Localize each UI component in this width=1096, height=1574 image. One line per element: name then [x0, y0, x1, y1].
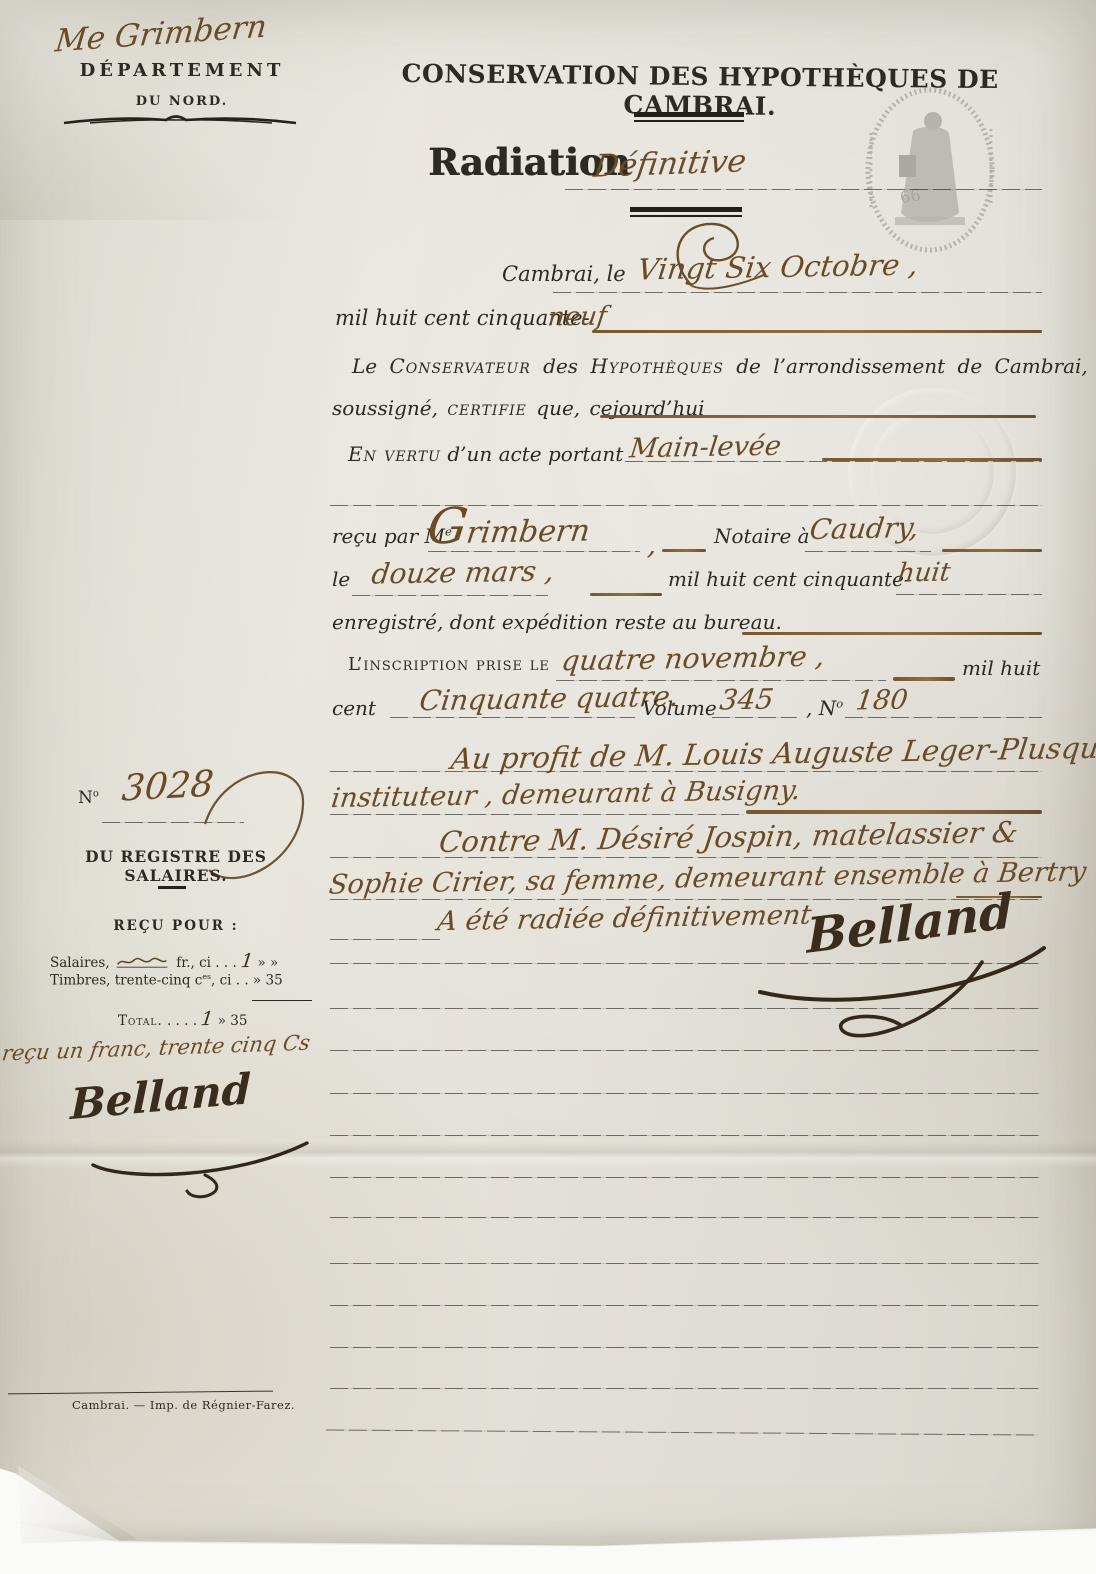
ruled-line	[330, 1217, 1040, 1218]
salaires-scribble-handwritten	[114, 955, 172, 970]
timbres-cents: 35	[265, 973, 282, 989]
total-rule	[252, 1000, 312, 1001]
inscription-label: L’inscription prise le	[348, 654, 550, 675]
notary-place-underline	[805, 551, 931, 552]
cejourdhui-ink-rule	[600, 415, 1036, 418]
notary-name-underline	[428, 551, 640, 552]
numero-n: , N	[806, 696, 836, 720]
registry-n: N	[78, 788, 93, 808]
departement-heading: DÉPARTEMENT	[60, 60, 304, 81]
act-year-underline	[896, 594, 1042, 595]
salaires-label: Salaires,	[50, 955, 110, 971]
registry-title: DU REGISTRE DES SALAIRES.	[36, 847, 316, 885]
salaires-unit: fr., ci	[176, 955, 211, 971]
form-double-rule	[630, 207, 742, 217]
act-year-handwritten: huit	[896, 558, 952, 589]
total-dots: . . . .	[167, 1013, 197, 1029]
certify-le: Le	[352, 354, 389, 378]
form-type-value-handwritten: Définitive	[592, 143, 749, 185]
radiation-rule	[330, 939, 440, 940]
timbres-dots: . .	[236, 973, 249, 989]
inscription-date-handwritten: quatre novembre ,	[560, 640, 827, 678]
act-date-ink	[590, 593, 662, 596]
profession-ink	[746, 810, 1042, 814]
yearline-ink-rule	[592, 330, 1042, 333]
fee-row-total: Total. . . . . 1 » 35	[118, 1008, 247, 1030]
numero-underline	[845, 717, 1042, 718]
act-date-underline	[352, 595, 548, 596]
certify-des: des	[531, 354, 591, 378]
fee-row-timbres: Timbres, trente-cinq ces, ci . . » 35	[50, 972, 283, 989]
ruled-line	[330, 1093, 1040, 1094]
contre-rule	[330, 857, 1042, 858]
numero-printed: , No	[806, 696, 843, 720]
registry-number-underline	[102, 822, 244, 823]
certify-paragraph-1: Le Conservateur des Hypothèques de l’arr…	[352, 354, 1088, 378]
act-year-printed: mil huit cent cinquante-	[668, 567, 911, 591]
enregistre-printed: enregistré, dont expédition reste au bur…	[332, 610, 782, 634]
notaire-a-printed: Notaire à	[714, 524, 810, 548]
printer-imprint: Cambrai. — Imp. de Régnier-Farez.	[72, 1398, 295, 1412]
dateline-printed: Cambrai, le	[502, 262, 626, 286]
dateline-handwritten: Vingt Six Octobre ,	[636, 248, 921, 287]
registry-number-value-handwritten: 3028	[120, 763, 215, 809]
total-label: Total.	[118, 1013, 163, 1029]
bureau-ink-rule	[742, 632, 1042, 635]
acte-value-handwritten: Main-levée	[628, 431, 783, 465]
certify-soussigne: soussigné,	[332, 396, 447, 420]
notary-place-ink	[942, 549, 1042, 552]
ruled-line	[330, 1008, 1040, 1009]
acte-ink-rule	[822, 458, 1042, 461]
certify-certifie: certifie	[447, 396, 527, 420]
radiation-statement-handwritten: A été radiée définitivement	[436, 900, 813, 938]
acte-portant: d’un acte portant	[441, 442, 623, 466]
ruled-line	[330, 1050, 1040, 1051]
volume-printed: Volume	[642, 696, 717, 720]
volume-underline	[712, 717, 797, 718]
timbres-label: Timbres, trente-cinq c	[50, 973, 202, 989]
le-printed: le	[332, 567, 350, 591]
total-cents: » 35	[218, 1013, 248, 1029]
certify-hypotheques: Hypothèques	[590, 354, 723, 378]
fee-row-salaires: Salaires, fr., ci . . . 1 » »	[50, 950, 278, 972]
dateline-rule	[553, 292, 1042, 293]
inscription-tail-printed: mil huit	[962, 656, 1040, 680]
ruled-line	[330, 1135, 1040, 1136]
salaires-francs-handwritten: 1	[240, 950, 255, 972]
notary-place-handwritten: Caudry,	[808, 511, 921, 546]
form-type-line	[565, 189, 1042, 190]
yearline-handwritten: neuf	[546, 301, 608, 332]
acte-line-printed: En vertu d’un acte portant	[348, 442, 623, 466]
timbres-sep: »	[253, 973, 261, 989]
cent-printed: cent	[332, 696, 376, 720]
registry-n-sup: o	[93, 788, 99, 799]
ruled-line	[330, 1305, 1040, 1306]
notary-name-handwritten: Grimbern	[424, 495, 594, 556]
au-profit-rule	[330, 771, 1042, 772]
act-date-handwritten: douze mars ,	[370, 554, 556, 590]
certify-conservateur: Conservateur	[389, 354, 530, 378]
registry-number-label: No	[78, 788, 99, 808]
inscription-ink	[893, 677, 955, 681]
ruled-line	[330, 1388, 1040, 1389]
acte-en-vertu: En vertu	[348, 442, 441, 466]
ruled-line	[330, 1347, 1040, 1348]
title-double-rule	[634, 112, 744, 122]
timbres-after: , ci	[211, 973, 231, 989]
small-rule	[158, 886, 186, 889]
notary-short-ink	[662, 549, 706, 552]
numero-value-handwritten: 180	[854, 685, 909, 717]
recu-pour-heading: REÇU POUR :	[36, 918, 316, 934]
ruled-line	[330, 1177, 1040, 1178]
numero-sup: o	[836, 696, 843, 710]
acte-rule	[625, 461, 1042, 462]
salaires-dots: . . .	[215, 955, 236, 971]
ruled-line	[330, 963, 1040, 964]
salaires-cents: »	[270, 955, 278, 971]
total-francs-handwritten: 1	[200, 1008, 215, 1030]
certify-arrondissement: de l’arrondissement de Cambrai,	[724, 354, 1088, 378]
timbres-sup: es	[202, 972, 211, 981]
profession-rule	[330, 814, 744, 815]
volume-value-handwritten: 345	[718, 683, 776, 717]
cent-underline	[390, 717, 635, 718]
du-nord-subheading: DU NORD.	[60, 94, 304, 109]
inscription-printed: L’inscription prise le	[348, 654, 550, 675]
salaires-sep: »	[257, 955, 265, 971]
scanned-document: { "page": { "footer_imprint": "Cambrai. …	[0, 0, 1096, 1574]
ruled-line	[330, 1263, 1040, 1264]
